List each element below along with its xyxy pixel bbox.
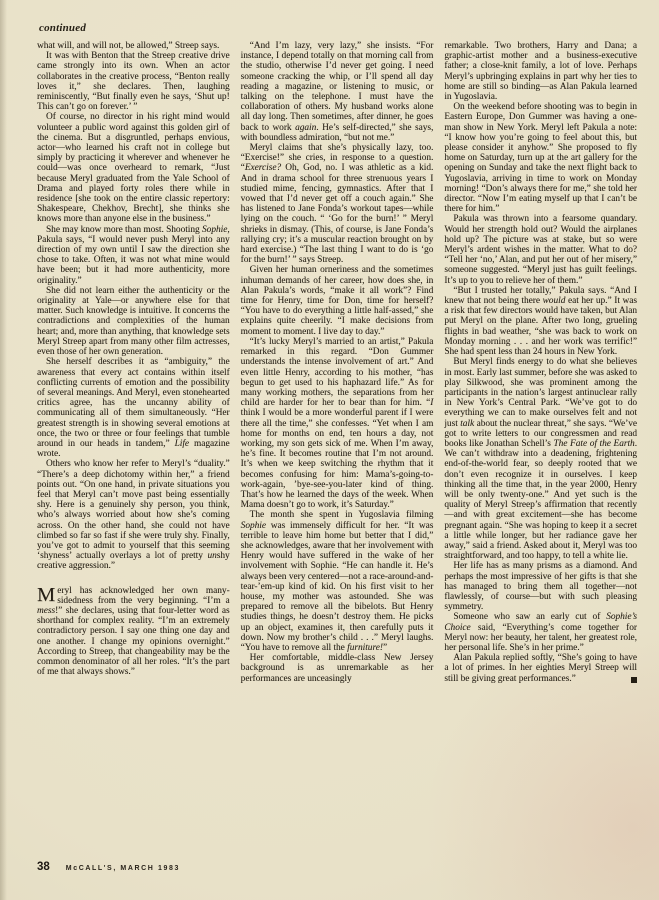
paragraph: Of course, no director in his right mind… <box>37 112 230 224</box>
paragraph: Her comfortable, middle-class New Jersey… <box>241 653 434 684</box>
paragraph: Pakula was thrown into a fearsome quanda… <box>444 214 637 285</box>
paragraph: But Meryl finds energy to do what she be… <box>444 357 637 561</box>
magazine-title: McCALL'S, MARCH 1983 <box>66 865 180 872</box>
paragraph: The month she spent in Yugoslavia filmin… <box>241 510 434 653</box>
paragraph: what will, and will not, be allowed,” St… <box>37 41 230 51</box>
paragraph: She herself describes it as “ambiguity,”… <box>37 357 230 459</box>
column-3: remarkable. Two brothers, Harry and Dana… <box>444 41 637 865</box>
magazine-page: continued what will, and will not, be al… <box>0 0 659 900</box>
paragraph: Given her human orneriness and the somet… <box>241 265 434 336</box>
continued-label: continued <box>39 22 86 34</box>
paragraph: Others who know her refer to Meryl’s “du… <box>37 459 230 571</box>
column-1: what will, and will not, be allowed,” St… <box>37 41 230 865</box>
paragraph: On the weekend before shooting was to be… <box>444 102 637 214</box>
end-of-article-mark <box>631 677 637 683</box>
paragraph: She did not learn either the authenticit… <box>37 286 230 357</box>
paragraph: She may know more than most. Shooting So… <box>37 225 230 286</box>
page-number: 38 <box>37 861 50 873</box>
paragraph: Her life has as many prisms as a diamond… <box>444 561 637 612</box>
paragraph: “And I’m lazy, very lazy,” she insists. … <box>241 41 434 143</box>
paragraph: remarkable. Two brothers, Harry and Dana… <box>444 41 637 102</box>
paragraph: It was with Benton that the Streep creat… <box>37 51 230 112</box>
paragraph: Meryl claims that she’s physically lazy,… <box>241 143 434 265</box>
paragraph: “But I trusted her totally,” Pakula says… <box>444 286 637 357</box>
column-2: “And I’m lazy, very lazy,” she insists. … <box>241 41 434 865</box>
article-columns: what will, and will not, be allowed,” St… <box>37 41 637 865</box>
paragraph: Someone who saw an early cut of Sophie’s… <box>444 612 637 653</box>
page-footer: 38 McCALL'S, MARCH 1983 <box>37 861 180 873</box>
paragraph: Alan Pakula replied softly, “She’s going… <box>444 653 637 684</box>
drop-cap: M <box>37 586 57 604</box>
paragraph: “It’s lucky Meryl’s married to an artist… <box>241 337 434 510</box>
paragraph: Meryl has acknowledged her own many-side… <box>37 586 230 678</box>
